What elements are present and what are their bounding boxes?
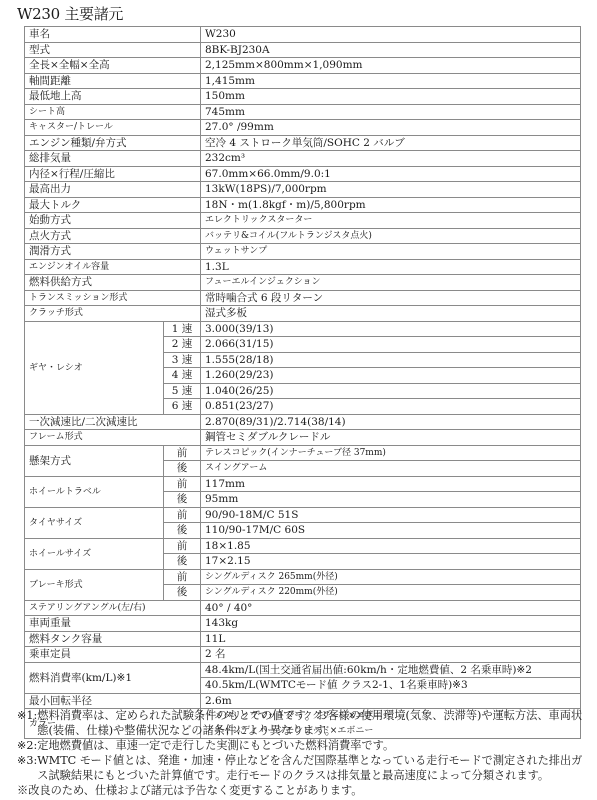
spec-value: 143kg — [201, 616, 581, 632]
spec-value: 67.0mm×66.0mm/9.0:1 — [201, 166, 581, 182]
spec-value: 90/90-18M/C 51S — [201, 507, 581, 523]
spec-value: 2.870(89/31)/2.714(38/14) — [201, 414, 581, 430]
spec-row-frame: フレーム形式鋼管セミダブルクレードル — [25, 430, 581, 446]
spec-label: 始動方式 — [25, 213, 201, 229]
footnote-1: ※1:燃料消費率は、定められた試験条件のもとでの値です。お客様の使用環境(気象、… — [17, 708, 589, 738]
spec-label: ギヤ・レシオ — [25, 321, 164, 414]
spec-sublabel: 2 速 — [164, 337, 201, 353]
spec-label: 燃料タンク容量 — [25, 631, 201, 647]
spec-row-caster-trail: キャスター/トレール27.0° /99mm — [25, 120, 581, 136]
spec-sublabel: 後 — [164, 585, 201, 601]
spec-label: 燃料供給方式 — [25, 275, 201, 291]
spec-row-lubrication: 潤滑方式ウェットサンプ — [25, 244, 581, 260]
spec-label: 内径×行程/圧縮比 — [25, 166, 201, 182]
spec-value: 空冷 4 ストローク単気筒/SOHC 2 バルブ — [201, 135, 581, 151]
footnote-mark: ※2: — [17, 738, 37, 753]
footnote-text: 燃料消費率は、定められた試験条件のもとでの値です。お客様の使用環境(気象、渋滞等… — [37, 708, 589, 738]
spec-label: フレーム形式 — [25, 430, 201, 446]
spec-sublabel: 前 — [164, 569, 201, 585]
footnote-mark: ※1: — [17, 708, 37, 738]
spec-value: 湿式多板 — [201, 306, 581, 322]
spec-sublabel: 1 速 — [164, 321, 201, 337]
spec-value: 48.4km/L(国土交通省届出値:60km/h・定地燃費値、2 名乗車時)※2 — [201, 662, 581, 678]
spec-row-bore-stroke: 内径×行程/圧縮比67.0mm×66.0mm/9.0:1 — [25, 166, 581, 182]
spec-value: シングルディスク 220mm(外径) — [201, 585, 581, 601]
spec-row-wheelbase: 軸間距離1,415mm — [25, 73, 581, 89]
spec-label: 車両重量 — [25, 616, 201, 632]
spec-value: フューエルインジェクション — [201, 275, 581, 291]
spec-row-weight: 車両重量143kg — [25, 616, 581, 632]
spec-label: 軸間距離 — [25, 73, 201, 89]
spec-label: 最高出力 — [25, 182, 201, 198]
spec-value: 117mm — [201, 476, 581, 492]
spec-label: 最小回転半径 — [25, 693, 201, 709]
spec-value: 1.555(28/18) — [201, 352, 581, 368]
spec-sublabel: 4 速 — [164, 368, 201, 384]
spec-label: キャスター/トレール — [25, 120, 201, 136]
spec-value: バッテリ&コイル(フルトランジスタ点火) — [201, 228, 581, 244]
spec-value: 40° / 40° — [201, 600, 581, 616]
spec-label: 潤滑方式 — [25, 244, 201, 260]
spec-value: 11L — [201, 631, 581, 647]
spec-row-transmission: トランスミッション形式常時噛合式 6 段リターン — [25, 290, 581, 306]
spec-label: エンジン種類/弁方式 — [25, 135, 201, 151]
spec-label: 型式 — [25, 42, 201, 58]
spec-label: エンジンオイル容量 — [25, 259, 201, 275]
spec-row-turning-radius: 最小回転半径2.6m — [25, 693, 581, 709]
spec-label: ホイールトラベル — [25, 476, 164, 507]
spec-value: W230 — [201, 27, 581, 43]
spec-value: 0.851(23/27) — [201, 399, 581, 415]
spec-sublabel: 後 — [164, 461, 201, 477]
spec-sublabel: 前 — [164, 538, 201, 554]
footnote-mark: ※3: — [17, 753, 37, 783]
spec-label: 点火方式 — [25, 228, 201, 244]
spec-row-fuel-system: 燃料供給方式フューエルインジェクション — [25, 275, 581, 291]
spec-value: 17×2.15 — [201, 554, 581, 570]
spec-label: シート高 — [25, 104, 201, 120]
spec-label: 懸架方式 — [25, 445, 164, 476]
spec-label: ホイールサイズ — [25, 538, 164, 569]
spec-value: 2,125mm×800mm×1,090mm — [201, 58, 581, 74]
spec-row-dimensions: 全長×全幅×全高2,125mm×800mm×1,090mm — [25, 58, 581, 74]
spec-label: 一次減速比/二次減速比 — [25, 414, 201, 430]
spec-sublabel: 3 速 — [164, 352, 201, 368]
spec-value: シングルディスク 265mm(外径) — [201, 569, 581, 585]
spec-sublabel: 前 — [164, 507, 201, 523]
footnote-text: ※改良のため、仕様および諸元は予告なく変更することがあります。 — [17, 783, 589, 798]
spec-sublabel: 前 — [164, 445, 201, 461]
spec-sublabel: 6 速 — [164, 399, 201, 415]
spec-row-wheel-travel-front: ホイールトラベル前117mm — [25, 476, 581, 492]
spec-value: 110/90-17M/C 60S — [201, 523, 581, 539]
spec-label: 全長×全幅×全高 — [25, 58, 201, 74]
spec-value: 232cm³ — [201, 151, 581, 167]
spec-value: 2 名 — [201, 647, 581, 663]
spec-row-ignition: 点火方式バッテリ&コイル(フルトランジスタ点火) — [25, 228, 581, 244]
spec-row-max-torque: 最大トルク18N・m(1.8kgf・m)/5,800rpm — [25, 197, 581, 213]
spec-label: 車名 — [25, 27, 201, 43]
spec-value: スイングアーム — [201, 461, 581, 477]
spec-row-gear-1: ギヤ・レシオ1 速3.000(39/13) — [25, 321, 581, 337]
spec-value: 1,415mm — [201, 73, 581, 89]
spec-row-fuel-tank: 燃料タンク容量11L — [25, 631, 581, 647]
spec-value: 18N・m(1.8kgf・m)/5,800rpm — [201, 197, 581, 213]
spec-row-oil-capacity: エンジンオイル容量1.3L — [25, 259, 581, 275]
spec-table: 車名W230 型式8BK-BJ230A 全長×全幅×全高2,125mm×800m… — [24, 26, 581, 739]
spec-row-displacement: 総排気量232cm³ — [25, 151, 581, 167]
spec-row-wheel-size-front: ホイールサイズ前18×1.85 — [25, 538, 581, 554]
spec-value: 鋼管セミダブルクレードル — [201, 430, 581, 446]
spec-value: 1.3L — [201, 259, 581, 275]
spec-sublabel: 後 — [164, 523, 201, 539]
spec-row-starter: 始動方式エレクトリックスターター — [25, 213, 581, 229]
spec-row-max-power: 最高出力13kW(18PS)/7,000rpm — [25, 182, 581, 198]
spec-sublabel: 後 — [164, 492, 201, 508]
spec-value: 1.040(26/25) — [201, 383, 581, 399]
spec-value: 95mm — [201, 492, 581, 508]
footnote-text: 定地燃費値は、車速一定で走行した実測にもとづいた燃料消費率です。 — [37, 738, 589, 753]
spec-row-tire-front: タイヤサイズ前90/90-18M/C 51S — [25, 507, 581, 523]
footnote-disclaimer: ※改良のため、仕様および諸元は予告なく変更することがあります。 — [17, 783, 589, 798]
spec-label: 最大トルク — [25, 197, 201, 213]
spec-label: 最低地上高 — [25, 89, 201, 105]
spec-value: エレクトリックスターター — [201, 213, 581, 229]
spec-label: トランスミッション形式 — [25, 290, 201, 306]
page-title: W230 主要諸元 — [17, 5, 123, 23]
spec-row-reduction-ratio: 一次減速比/二次減速比2.870(89/31)/2.714(38/14) — [25, 414, 581, 430]
spec-row-clutch: クラッチ形式湿式多板 — [25, 306, 581, 322]
spec-sublabel: 前 — [164, 476, 201, 492]
spec-value: 2.6m — [201, 693, 581, 709]
spec-label: ステアリングアングル(左/右) — [25, 600, 201, 616]
spec-label: 燃料消費率(km/L)※1 — [25, 662, 201, 693]
spec-sublabel: 後 — [164, 554, 201, 570]
spec-value: 常時噛合式 6 段リターン — [201, 290, 581, 306]
spec-label: タイヤサイズ — [25, 507, 164, 538]
spec-value: 27.0° /99mm — [201, 120, 581, 136]
spec-label: クラッチ形式 — [25, 306, 201, 322]
spec-value: 3.000(39/13) — [201, 321, 581, 337]
spec-value: テレスコピック(インナーチューブ径 37mm) — [201, 445, 581, 461]
spec-value: 1.260(29/23) — [201, 368, 581, 384]
spec-label: 総排気量 — [25, 151, 201, 167]
spec-value: 13kW(18PS)/7,000rpm — [201, 182, 581, 198]
spec-row-engine-type: エンジン種類/弁方式空冷 4 ストローク単気筒/SOHC 2 バルブ — [25, 135, 581, 151]
footnote-text: WMTC モード値とは、発進・加速・停止などを含んだ国際基準となっている走行モー… — [37, 753, 589, 783]
spec-value: ウェットサンプ — [201, 244, 581, 260]
spec-row-suspension-front: 懸架方式前テレスコピック(インナーチューブ径 37mm) — [25, 445, 581, 461]
spec-row-ground-clearance: 最低地上高150mm — [25, 89, 581, 105]
spec-row-steering-angle: ステアリングアングル(左/右)40° / 40° — [25, 600, 581, 616]
spec-row-model: 型式8BK-BJ230A — [25, 42, 581, 58]
spec-value: 18×1.85 — [201, 538, 581, 554]
footnote-3: ※3:WMTC モード値とは、発進・加速・停止などを含んだ国際基準となっている走… — [17, 753, 589, 783]
spec-row-name: 車名W230 — [25, 27, 581, 43]
spec-value: 8BK-BJ230A — [201, 42, 581, 58]
spec-row-seat-height: シート高745mm — [25, 104, 581, 120]
spec-row-fuel-consumption-1: 燃料消費率(km/L)※148.4km/L(国土交通省届出値:60km/h・定地… — [25, 662, 581, 678]
spec-value: 150mm — [201, 89, 581, 105]
spec-label: 乗車定員 — [25, 647, 201, 663]
spec-value: 40.5km/L(WMTCモード値 クラス2-1、1名乗車時)※3 — [201, 678, 581, 694]
spec-row-brake-front: ブレーキ形式前シングルディスク 265mm(外径) — [25, 569, 581, 585]
spec-label: ブレーキ形式 — [25, 569, 164, 600]
spec-sublabel: 5 速 — [164, 383, 201, 399]
footnotes: ※1:燃料消費率は、定められた試験条件のもとでの値です。お客様の使用環境(気象、… — [17, 708, 589, 798]
spec-row-capacity: 乗車定員2 名 — [25, 647, 581, 663]
spec-value: 745mm — [201, 104, 581, 120]
spec-value: 2.066(31/15) — [201, 337, 581, 353]
footnote-2: ※2:定地燃費値は、車速一定で走行した実測にもとづいた燃料消費率です。 — [17, 738, 589, 753]
